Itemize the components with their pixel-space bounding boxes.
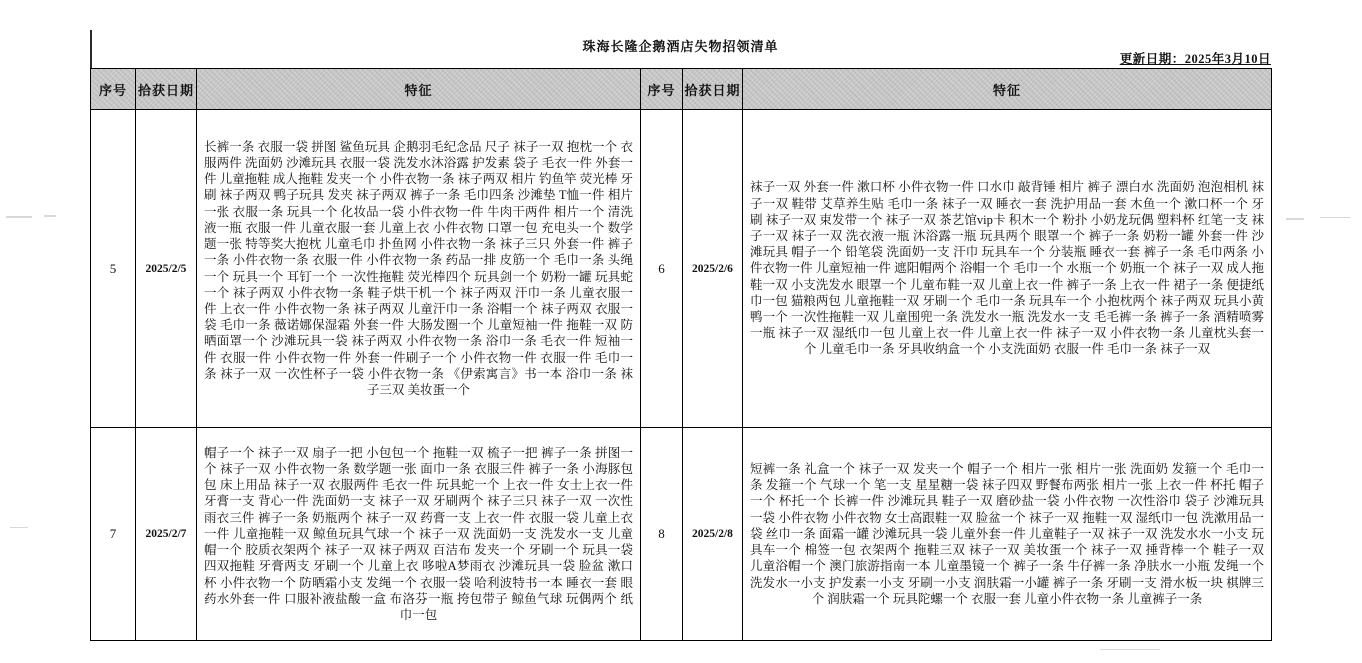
header-serial-left: 序号	[91, 69, 136, 110]
entry-6-date: 2025/2/6	[683, 110, 743, 428]
header-serial-right: 序号	[641, 69, 683, 110]
scan-noise-artifact	[1320, 217, 1350, 218]
entry-8-date: 2025/2/8	[683, 428, 743, 641]
entry-7-features: 帽子一个 袜子一双 扇子一把 小包包一个 拖鞋一双 梳子一把 裤子一条 拼图一个…	[197, 428, 641, 641]
entry-7-date: 2025/2/7	[136, 428, 197, 641]
scan-noise-artifact	[44, 215, 56, 217]
header-date-right: 拾获日期	[683, 69, 743, 110]
update-date-label: 更新日期：2025年3月10日	[1120, 49, 1271, 67]
entry-5-serial: 5	[91, 110, 136, 428]
header-feature-right: 特征	[743, 69, 1272, 110]
entry-6-features: 袜子一双 外套一件 漱口杯 小件衣物一件 口水巾 敲背锤 相片 裤子 漂白水 洗…	[743, 110, 1272, 428]
entry-8-features: 短裤一条 礼盒一个 袜子一双 发夹一个 帽子一个 相片一张 相片一张 洗面奶 发…	[743, 428, 1272, 641]
table-header-row: 序号 拾获日期 特征 序号 拾获日期 特征	[91, 69, 1272, 110]
scan-noise-artifact	[10, 527, 28, 528]
scan-noise-artifact	[1100, 649, 1160, 650]
table-row: 7 2025/2/7 帽子一个 袜子一双 扇子一把 小包包一个 拖鞋一双 梳子一…	[91, 428, 1272, 641]
table-row: 5 2025/2/5 长裤一条 衣服一袋 拼图 鲨鱼玩具 企鹅羽毛纪念品 尺子 …	[91, 110, 1272, 428]
entry-5-date: 2025/2/5	[136, 110, 197, 428]
scan-noise-artifact	[6, 216, 32, 218]
scanned-document-page: 珠海长隆企鹅酒店失物招领清单 更新日期：2025年3月10日 序号 拾获日期 特…	[0, 0, 1362, 663]
entry-7-serial: 7	[91, 428, 136, 641]
header-date-left: 拾获日期	[136, 69, 197, 110]
scan-noise-artifact	[1286, 218, 1304, 220]
header-feature-left: 特征	[197, 69, 641, 110]
entry-5-features: 长裤一条 衣服一袋 拼图 鲨鱼玩具 企鹅羽毛纪念品 尺子 袜子一双 抱枕一个 衣…	[197, 110, 641, 428]
entry-8-serial: 8	[641, 428, 683, 641]
page-title: 珠海长隆企鹅酒店失物招领清单	[90, 36, 1271, 55]
entry-6-serial: 6	[641, 110, 683, 428]
lost-and-found-table: 序号 拾获日期 特征 序号 拾获日期 特征 5 2025/2/5 长裤一条 衣服…	[90, 68, 1272, 641]
